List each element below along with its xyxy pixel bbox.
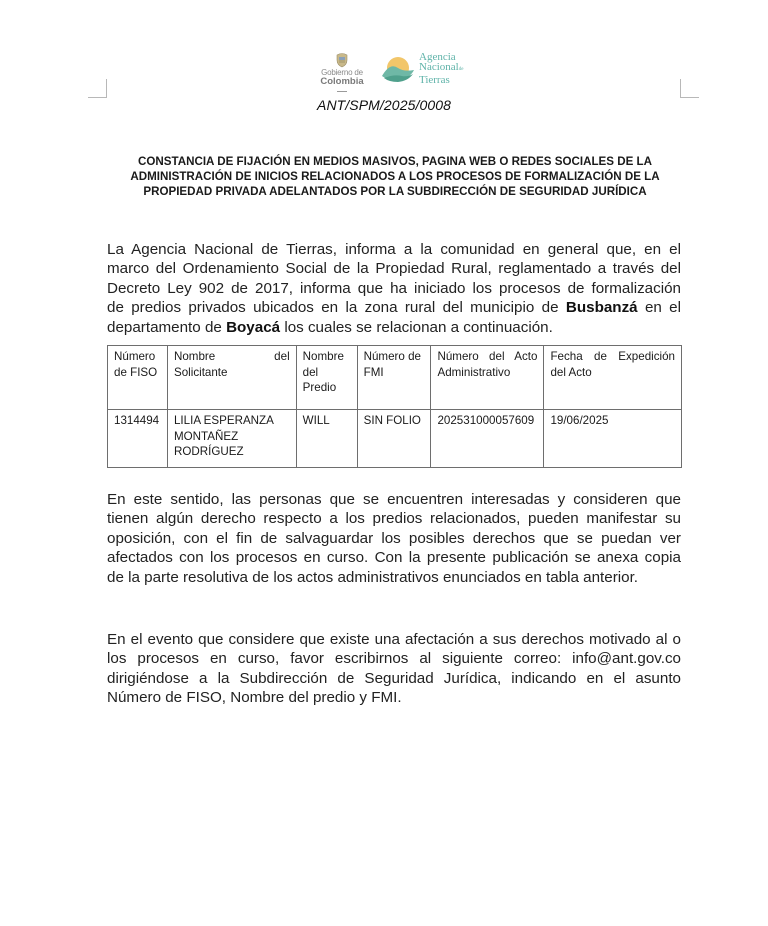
crop-mark-top-left [88,79,107,98]
table-row: 1314494 LILIA ESPERANZAMONTAÑEZRODRÍGUEZ… [108,410,682,468]
document-reference: ANT/SPM/2025/0008 [0,97,768,113]
cell-acto: 202531000057609 [431,410,544,468]
contact-paragraph: En el evento que considere que existe un… [107,630,681,708]
agencia-nacional-de-tierras-logo: Agencia Nacionalde Tierras [380,52,463,85]
coat-of-arms-icon [335,52,349,68]
header-numero-fiso: Númerode FISO [108,346,168,410]
document-title: CONSTANCIA DE FIJACIÓN EN MEDIOS MASIVOS… [108,154,682,199]
gobierno-de-colombia-logo: Gobierno de Colombia [314,50,370,92]
header-fecha: Fecha de Expedicióndel Acto [544,346,682,410]
sun-hills-icon [380,54,416,84]
header-fmi: Número deFMI [357,346,431,410]
crop-mark-top-right [680,79,699,98]
divider [337,91,347,92]
opposition-paragraph: En este sentido, las personas que se enc… [107,490,681,587]
cell-solicitante: LILIA ESPERANZAMONTAÑEZRODRÍGUEZ [167,410,296,468]
cell-fecha: 19/06/2025 [544,410,682,468]
header-solicitante: Nombre delSolicitante [167,346,296,410]
department-name: Boyacá [226,319,280,336]
cell-predio: WILL [296,410,357,468]
header-logos: Gobierno de Colombia Agencia Nacionalde … [314,50,463,96]
cell-fmi: SIN FOLIO [357,410,431,468]
municipality-name: Busbanzá [566,299,638,316]
table-header-row: Númerode FISO Nombre delSolicitante Nomb… [108,346,682,410]
intro-paragraph: La Agencia Nacional de Tierras, informa … [107,240,681,337]
header-predio: NombredelPredio [296,346,357,410]
cell-numero-fiso: 1314494 [108,410,168,468]
header-acto: Número del ActoAdministrativo [431,346,544,410]
process-table: Númerode FISO Nombre delSolicitante Nomb… [107,345,682,468]
